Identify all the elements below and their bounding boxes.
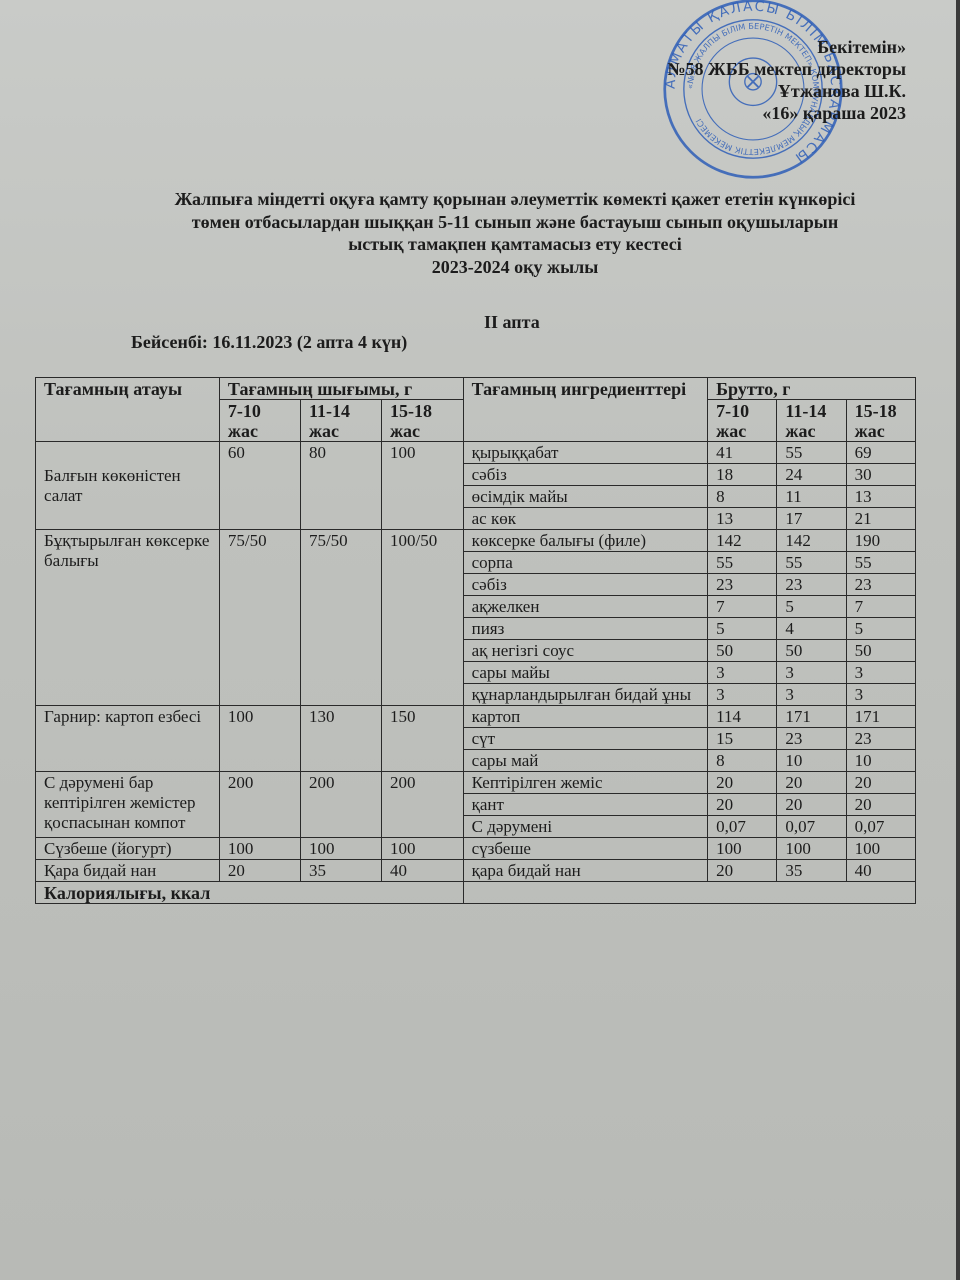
ingredient-brutto: 20	[708, 772, 777, 794]
ingredient-brutto: 55	[777, 442, 846, 464]
dish-output: 75/50	[219, 530, 300, 706]
ingredient-name: сүзбеше	[463, 838, 708, 860]
academic-year: 2023-2024 оқу жылы	[0, 256, 960, 279]
ingredient-brutto: 55	[777, 552, 846, 574]
dish-output: 40	[382, 860, 464, 882]
ingredient-brutto: 8	[708, 486, 777, 508]
title-line: ыстық тамақпен қамтамасыз ету кестесі	[0, 233, 960, 256]
table-row: Бұқтырылған көксерке балығы75/5075/50100…	[36, 530, 916, 552]
approval-position: №58 ЖББ мектеп директоры	[667, 58, 906, 80]
ingredient-brutto: 69	[846, 442, 915, 464]
ingredient-brutto: 18	[708, 464, 777, 486]
ingredient-brutto: 190	[846, 530, 915, 552]
ingredient-brutto: 11	[777, 486, 846, 508]
day-label: Бейсенбі: 16.11.2023 (2 апта 4 күн)	[131, 332, 407, 353]
table-row: С дәрумені бар кептірілген жемістер қосп…	[36, 772, 916, 794]
ingredient-name: қара бидай нан	[463, 860, 708, 882]
approval-signatory: Ұтжанова Ш.К.	[667, 80, 906, 102]
dish-output: 200	[382, 772, 464, 838]
ingredient-brutto: 114	[708, 706, 777, 728]
ingredient-brutto: 171	[777, 706, 846, 728]
ingredient-brutto: 23	[777, 728, 846, 750]
ingredient-name: құнарландырылған бидай ұны	[463, 684, 708, 706]
ingredient-name: С дәрумені	[463, 816, 708, 838]
approval-block: Бекітемін» №58 ЖББ мектеп директоры Ұтжа…	[667, 36, 906, 124]
dish-output: 130	[300, 706, 381, 772]
ingredient-brutto: 100	[777, 838, 846, 860]
dish-name: С дәрумені бар кептірілген жемістер қосп…	[36, 772, 220, 838]
title-line: Жалпыға міндетті оқуға қамту қорынан әле…	[0, 188, 960, 211]
ingredient-brutto: 50	[846, 640, 915, 662]
ingredient-name: өсімдік майы	[463, 486, 708, 508]
ingredient-brutto: 41	[708, 442, 777, 464]
ingredient-brutto: 100	[708, 838, 777, 860]
ingredient-brutto: 40	[846, 860, 915, 882]
dish-output: 100	[219, 838, 300, 860]
header-ingredients: Тағамның ингредиенттері	[463, 378, 708, 442]
table-row: Қара бидай нан203540қара бидай нан203540	[36, 860, 916, 882]
ingredient-brutto: 3	[846, 684, 915, 706]
ingredient-name: сары майы	[463, 662, 708, 684]
ingredient-brutto: 4	[777, 618, 846, 640]
dish-output: 80	[300, 442, 381, 530]
ingredient-name: пияз	[463, 618, 708, 640]
ingredient-brutto: 7	[708, 596, 777, 618]
ingredient-brutto: 20	[708, 860, 777, 882]
header-brutto: Брутто, г	[708, 378, 916, 400]
ingredient-brutto: 3	[846, 662, 915, 684]
title-line: төмен отбасылардан шыққан 5-11 сынып жән…	[0, 211, 960, 234]
ingredient-name: қырыққабат	[463, 442, 708, 464]
approval-line: Бекітемін»	[667, 36, 906, 58]
ingredient-brutto: 142	[708, 530, 777, 552]
ingredient-brutto: 24	[777, 464, 846, 486]
dish-output: 100/50	[382, 530, 464, 706]
ingredient-name: сәбіз	[463, 464, 708, 486]
ingredient-brutto: 15	[708, 728, 777, 750]
header-age: 11-14 жас	[300, 400, 381, 442]
ingredient-brutto: 20	[846, 772, 915, 794]
table-row: Сүзбеше (йогурт)100100100сүзбеше10010010…	[36, 838, 916, 860]
ingredient-brutto: 0,07	[777, 816, 846, 838]
ingredient-brutto: 23	[777, 574, 846, 596]
week-label: II апта	[484, 312, 540, 333]
ingredient-name: қант	[463, 794, 708, 816]
dish-output: 200	[300, 772, 381, 838]
ingredient-brutto: 55	[846, 552, 915, 574]
header-age: 7-10 жас	[708, 400, 777, 442]
ingredient-brutto: 5	[846, 618, 915, 640]
ingredient-name: көксерке балығы (филе)	[463, 530, 708, 552]
ingredient-brutto: 20	[708, 794, 777, 816]
ingredient-brutto: 5	[708, 618, 777, 640]
header-age: 15-18 жас	[382, 400, 464, 442]
dish-output: 20	[219, 860, 300, 882]
ingredient-brutto: 21	[846, 508, 915, 530]
ingredient-brutto: 171	[846, 706, 915, 728]
ingredient-brutto: 3	[777, 684, 846, 706]
dish-output: 100	[382, 838, 464, 860]
ingredient-brutto: 20	[777, 772, 846, 794]
ingredient-brutto: 3	[708, 684, 777, 706]
ingredient-brutto: 30	[846, 464, 915, 486]
ingredient-name: сорпа	[463, 552, 708, 574]
ingredient-brutto: 3	[777, 662, 846, 684]
ingredient-brutto: 20	[777, 794, 846, 816]
calories-label: Калориялығы, ккал	[36, 882, 464, 904]
dish-name: Гарнир: картоп езбесі	[36, 706, 220, 772]
dish-name: Бұқтырылған көксерке балығы	[36, 530, 220, 706]
dish-name: Балғын көкөністен салат	[36, 442, 220, 530]
ingredient-brutto: 13	[708, 508, 777, 530]
dish-name: Қара бидай нан	[36, 860, 220, 882]
ingredient-brutto: 10	[777, 750, 846, 772]
ingredient-brutto: 10	[846, 750, 915, 772]
dish-output: 75/50	[300, 530, 381, 706]
ingredient-brutto: 142	[777, 530, 846, 552]
ingredient-name: сәбіз	[463, 574, 708, 596]
ingredient-brutto: 100	[846, 838, 915, 860]
ingredient-brutto: 0,07	[846, 816, 915, 838]
ingredient-name: картоп	[463, 706, 708, 728]
header-age: 11-14 жас	[777, 400, 846, 442]
approval-date: «16» қараша 2023	[667, 102, 906, 124]
dish-output: 60	[219, 442, 300, 530]
dish-name: Сүзбеше (йогурт)	[36, 838, 220, 860]
header-age: 15-18 жас	[846, 400, 915, 442]
ingredient-brutto: 13	[846, 486, 915, 508]
table-row: Гарнир: картоп езбесі100130150картоп1141…	[36, 706, 916, 728]
ingredient-brutto: 35	[777, 860, 846, 882]
calories-value	[463, 882, 915, 904]
dish-output: 100	[300, 838, 381, 860]
dish-output: 200	[219, 772, 300, 838]
ingredient-brutto: 55	[708, 552, 777, 574]
header-output: Тағамның шығымы, г	[219, 378, 463, 400]
ingredient-brutto: 50	[708, 640, 777, 662]
header-dish-name: Тағамның атауы	[36, 378, 220, 442]
ingredient-brutto: 20	[846, 794, 915, 816]
menu-table: Тағамның атауы Тағамның шығымы, г Тағамн…	[35, 377, 916, 904]
dish-output: 35	[300, 860, 381, 882]
document-title: Жалпыға міндетті оқуға қамту қорынан әле…	[0, 188, 960, 278]
ingredient-name: ас көк	[463, 508, 708, 530]
ingredient-brutto: 23	[846, 728, 915, 750]
ingredient-name: сүт	[463, 728, 708, 750]
table-row: Балғын көкөністен салат6080100қырыққабат…	[36, 442, 916, 464]
ingredient-name: ақжелкен	[463, 596, 708, 618]
ingredient-name: сары май	[463, 750, 708, 772]
ingredient-name: Кептірілген жеміс	[463, 772, 708, 794]
ingredient-brutto: 7	[846, 596, 915, 618]
ingredient-name: ақ негізгі соус	[463, 640, 708, 662]
ingredient-brutto: 50	[777, 640, 846, 662]
ingredient-brutto: 17	[777, 508, 846, 530]
dish-output: 150	[382, 706, 464, 772]
ingredient-brutto: 5	[777, 596, 846, 618]
ingredient-brutto: 0,07	[708, 816, 777, 838]
ingredient-brutto: 23	[708, 574, 777, 596]
ingredient-brutto: 8	[708, 750, 777, 772]
ingredient-brutto: 3	[708, 662, 777, 684]
ingredient-brutto: 23	[846, 574, 915, 596]
dish-output: 100	[382, 442, 464, 530]
header-age: 7-10 жас	[219, 400, 300, 442]
dish-output: 100	[219, 706, 300, 772]
